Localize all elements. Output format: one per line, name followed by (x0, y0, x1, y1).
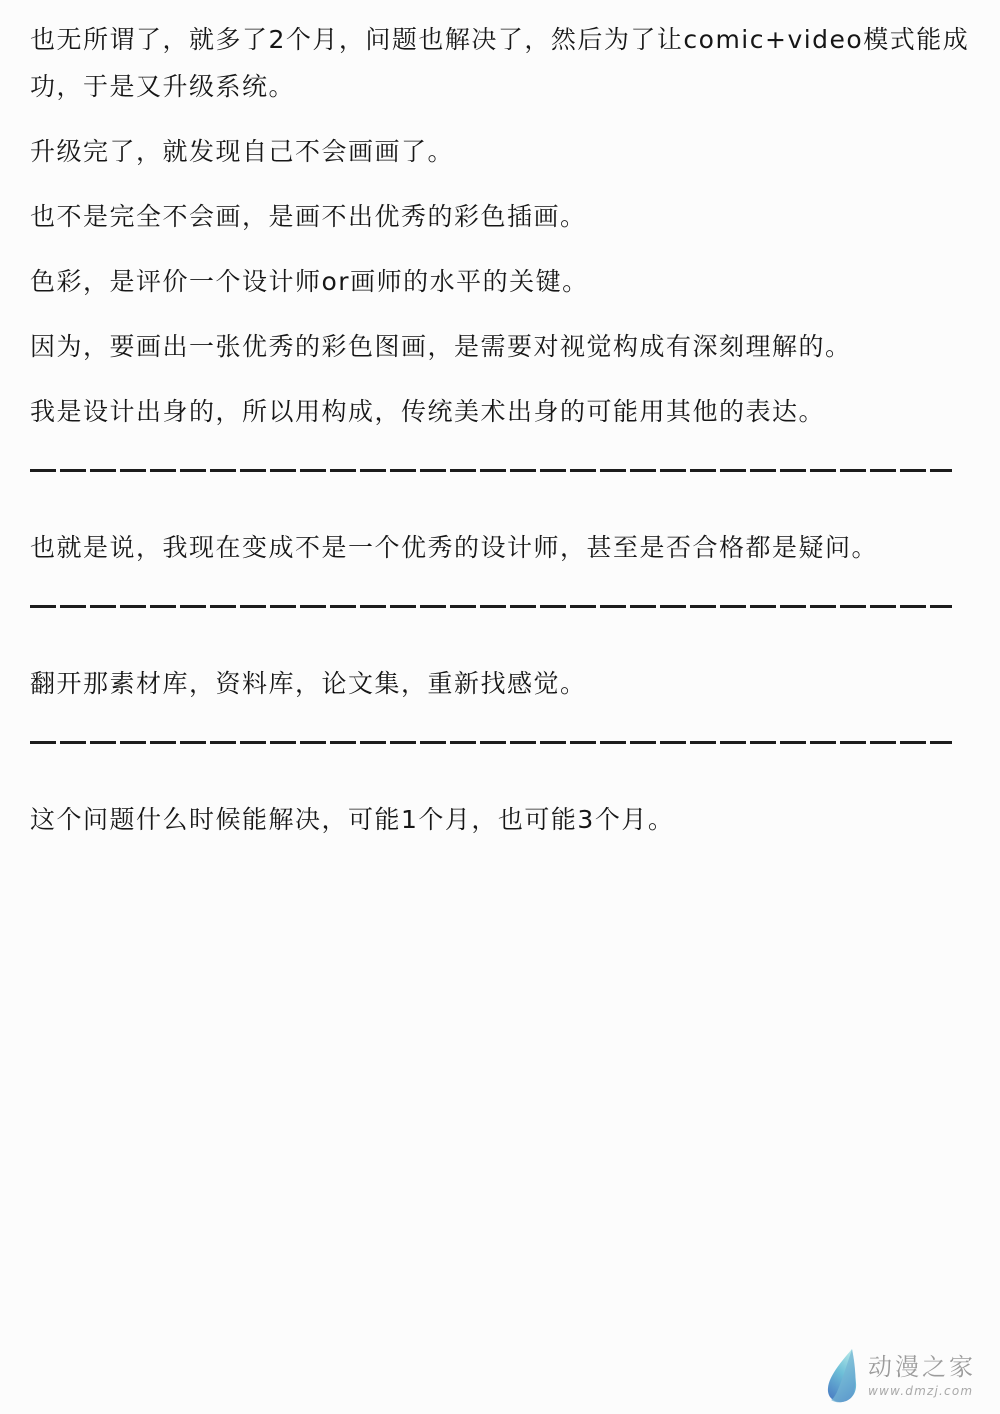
paragraph: 这个问题什么时候能解决，可能1个月，也可能3个月。 (30, 796, 972, 843)
paragraph: 翻开那素材库，资料库，论文集，重新找感觉。 (30, 660, 972, 707)
paragraph: 我是设计出身的，所以用构成，传统美术出身的可能用其他的表达。 (30, 388, 972, 435)
dmzj-watermark: 动漫之家 www.dmzj.com (825, 1348, 976, 1404)
watermark-site-url: www.dmzj.com (868, 1384, 973, 1398)
dmzj-drop-icon (825, 1348, 861, 1404)
document-body: 也无所谓了，就多了2个月，问题也解决了，然后为了让comic+video模式能成… (0, 0, 1000, 843)
watermark-text: 动漫之家 www.dmzj.com (868, 1354, 976, 1398)
divider-line (30, 469, 952, 472)
paragraph: 也就是说，我现在变成不是一个优秀的设计师，甚至是否合格都是疑问。 (30, 524, 972, 571)
paragraph: 升级完了，就发现自己不会画画了。 (30, 128, 972, 175)
divider-line (30, 605, 952, 608)
paragraph: 也无所谓了，就多了2个月，问题也解决了，然后为了让comic+video模式能成… (30, 16, 972, 110)
paragraph: 也不是完全不会画，是画不出优秀的彩色插画。 (30, 193, 972, 240)
divider-line (30, 741, 952, 744)
paragraph: 色彩，是评价一个设计师or画师的水平的关键。 (30, 258, 972, 305)
paragraph: 因为，要画出一张优秀的彩色图画，是需要对视觉构成有深刻理解的。 (30, 323, 972, 370)
watermark-site-name: 动漫之家 (868, 1354, 976, 1382)
